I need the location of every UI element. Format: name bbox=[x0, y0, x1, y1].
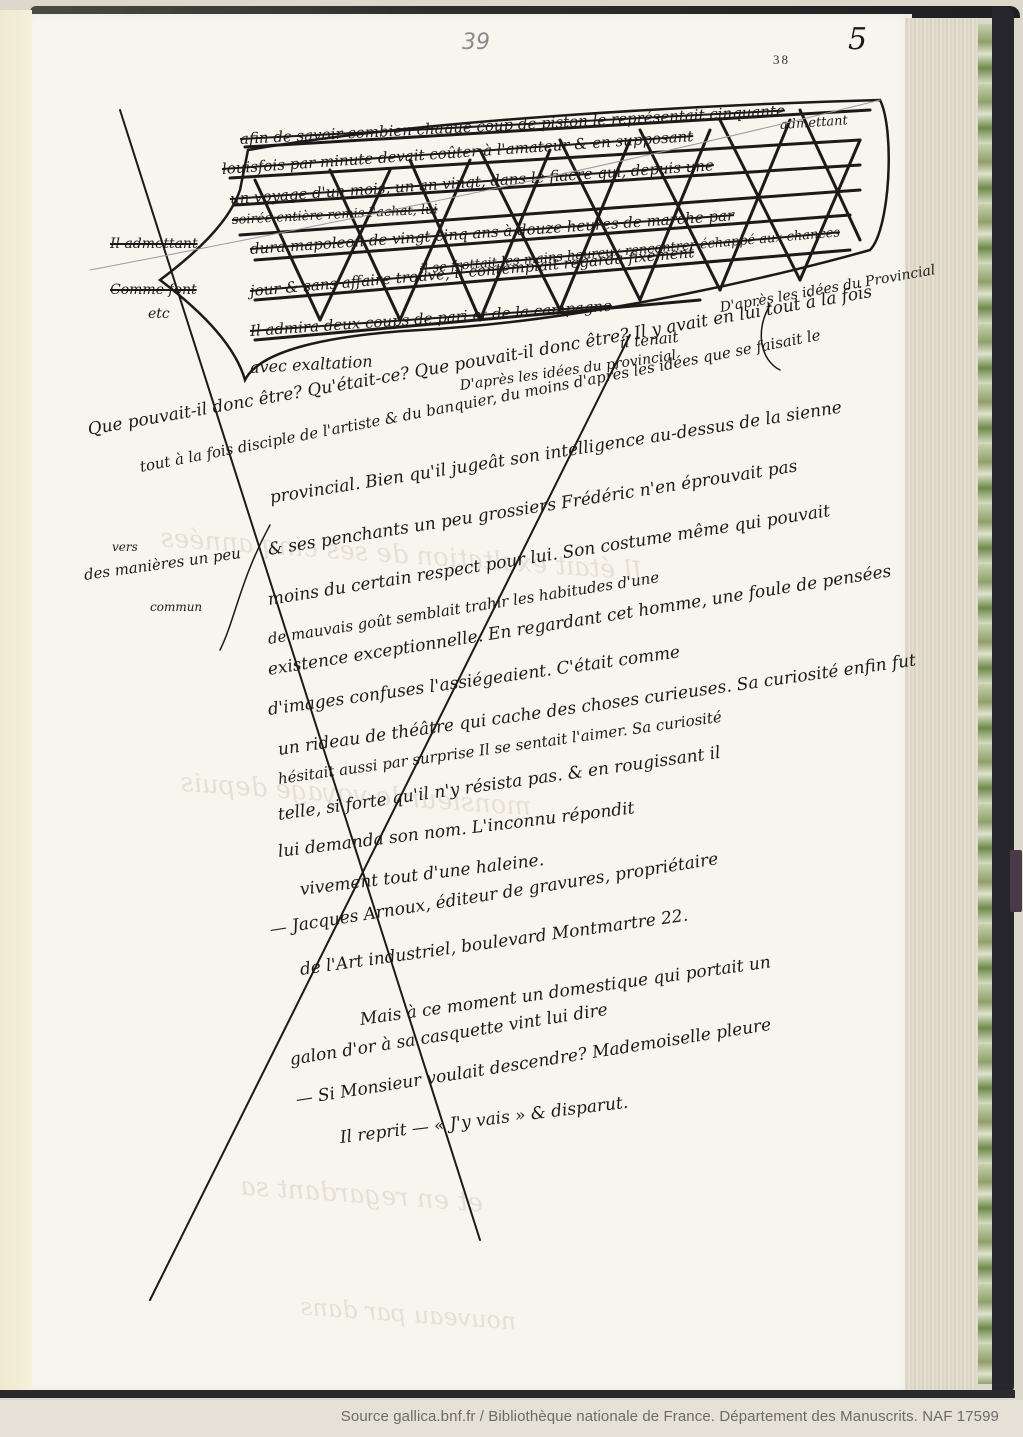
strike-through-strokes bbox=[0, 0, 1023, 1437]
source-caption: Source gallica.bnf.fr / Bibliothèque nat… bbox=[341, 1408, 999, 1425]
